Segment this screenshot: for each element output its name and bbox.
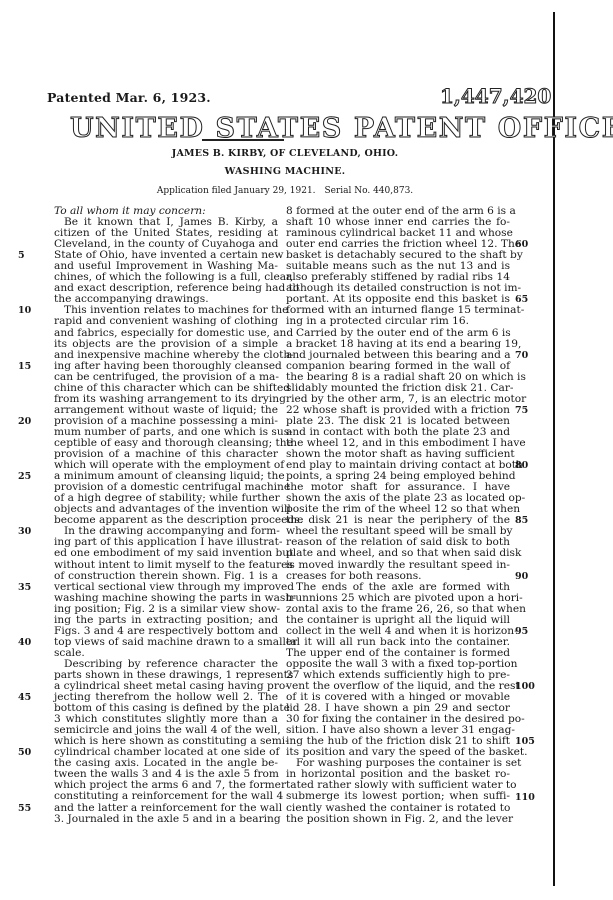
line-number: 15 [18, 361, 31, 372]
line-number: 55 [18, 803, 31, 814]
line-number: 65 [515, 294, 528, 305]
text-line: top views of said machine drawn to a sma… [54, 637, 278, 648]
right-text-column: 8 formed at the outer end of the arm 6 i… [286, 206, 510, 825]
application-filed: Application filed January 29, 1921. [157, 186, 316, 196]
serial-number: Serial No. 440,873. [324, 186, 413, 196]
text-line: constituting a reinforcement for the wal… [54, 791, 278, 802]
text-line: plate and wheel, and so that when said d… [286, 548, 510, 559]
line-number: 45 [18, 692, 31, 703]
text-line: and journaled between this bearing and a [286, 350, 510, 361]
line-number: 60 [515, 239, 528, 250]
line-number: 90 [515, 571, 528, 582]
application-line: Application filed January 29, 1921. Seri… [0, 186, 570, 196]
line-number: 30 [18, 526, 31, 537]
text-line: rapid and convenient washing of clothing [54, 316, 278, 327]
line-number: 25 [18, 471, 31, 482]
line-number: 85 [515, 515, 528, 526]
line-number: 105 [515, 736, 535, 747]
text-line: and the latter a reinforcement for the w… [54, 803, 278, 814]
line-number: 75 [515, 405, 528, 416]
text-line: and inexpensive machine whereby the clot… [54, 350, 278, 361]
line-number: 110 [515, 792, 535, 803]
inventor-line: JAMES B. KIRBY, OF CLEVELAND, OHIO. [0, 148, 570, 159]
line-number: 80 [515, 460, 528, 471]
text-line: its objects are the provision of a simpl… [54, 339, 278, 350]
line-number: 10 [18, 305, 31, 316]
patent-number: 1,447,420 [440, 84, 551, 108]
text-line: 3. Journaled in the axle 5 and in a bear… [54, 814, 278, 825]
invention-title: WASHING MACHINE. [0, 166, 570, 177]
text-line: ed one embodiment of my said invention b… [54, 548, 278, 559]
text-line: creases for both reasons. [286, 571, 510, 582]
text-line: is moved inwardly the resultant speed in… [286, 560, 510, 571]
line-number: 20 [18, 416, 31, 427]
text-line: ing in a protected circular rim 16. [286, 316, 510, 327]
text-line: without intent to limit myself to the fe… [54, 560, 278, 571]
line-number: 70 [515, 350, 528, 361]
text-line: vertical sectional view through my impro… [54, 582, 278, 593]
text-line: The ends of the axle are formed with [286, 582, 510, 593]
text-line: ciently washed the container is rotated … [286, 803, 510, 814]
left-text-column: To all whom it may concern:Be it known t… [54, 206, 278, 825]
text-line: of construction therein shown. Fig. 1 is… [54, 571, 278, 582]
text-line: a bracket 18 having at its end a bearing… [286, 339, 510, 350]
text-line: the position shown in Fig. 2, and the le… [286, 814, 510, 825]
text-line: submerge its lowest portion; when suffi- [286, 791, 510, 802]
line-number: 5 [18, 250, 25, 261]
line-number: 40 [18, 637, 31, 648]
line-number: 95 [515, 626, 528, 637]
line-number: 100 [515, 681, 535, 692]
text-line: and fabrics, especially for domestic use… [54, 328, 278, 339]
text-line: Carried by the outer end of the arm 6 is [286, 328, 510, 339]
line-number: 50 [18, 747, 31, 758]
heading-divider [202, 139, 284, 141]
patent-date: Patented Mar. 6, 1923. [47, 90, 211, 105]
line-number: 35 [18, 582, 31, 593]
